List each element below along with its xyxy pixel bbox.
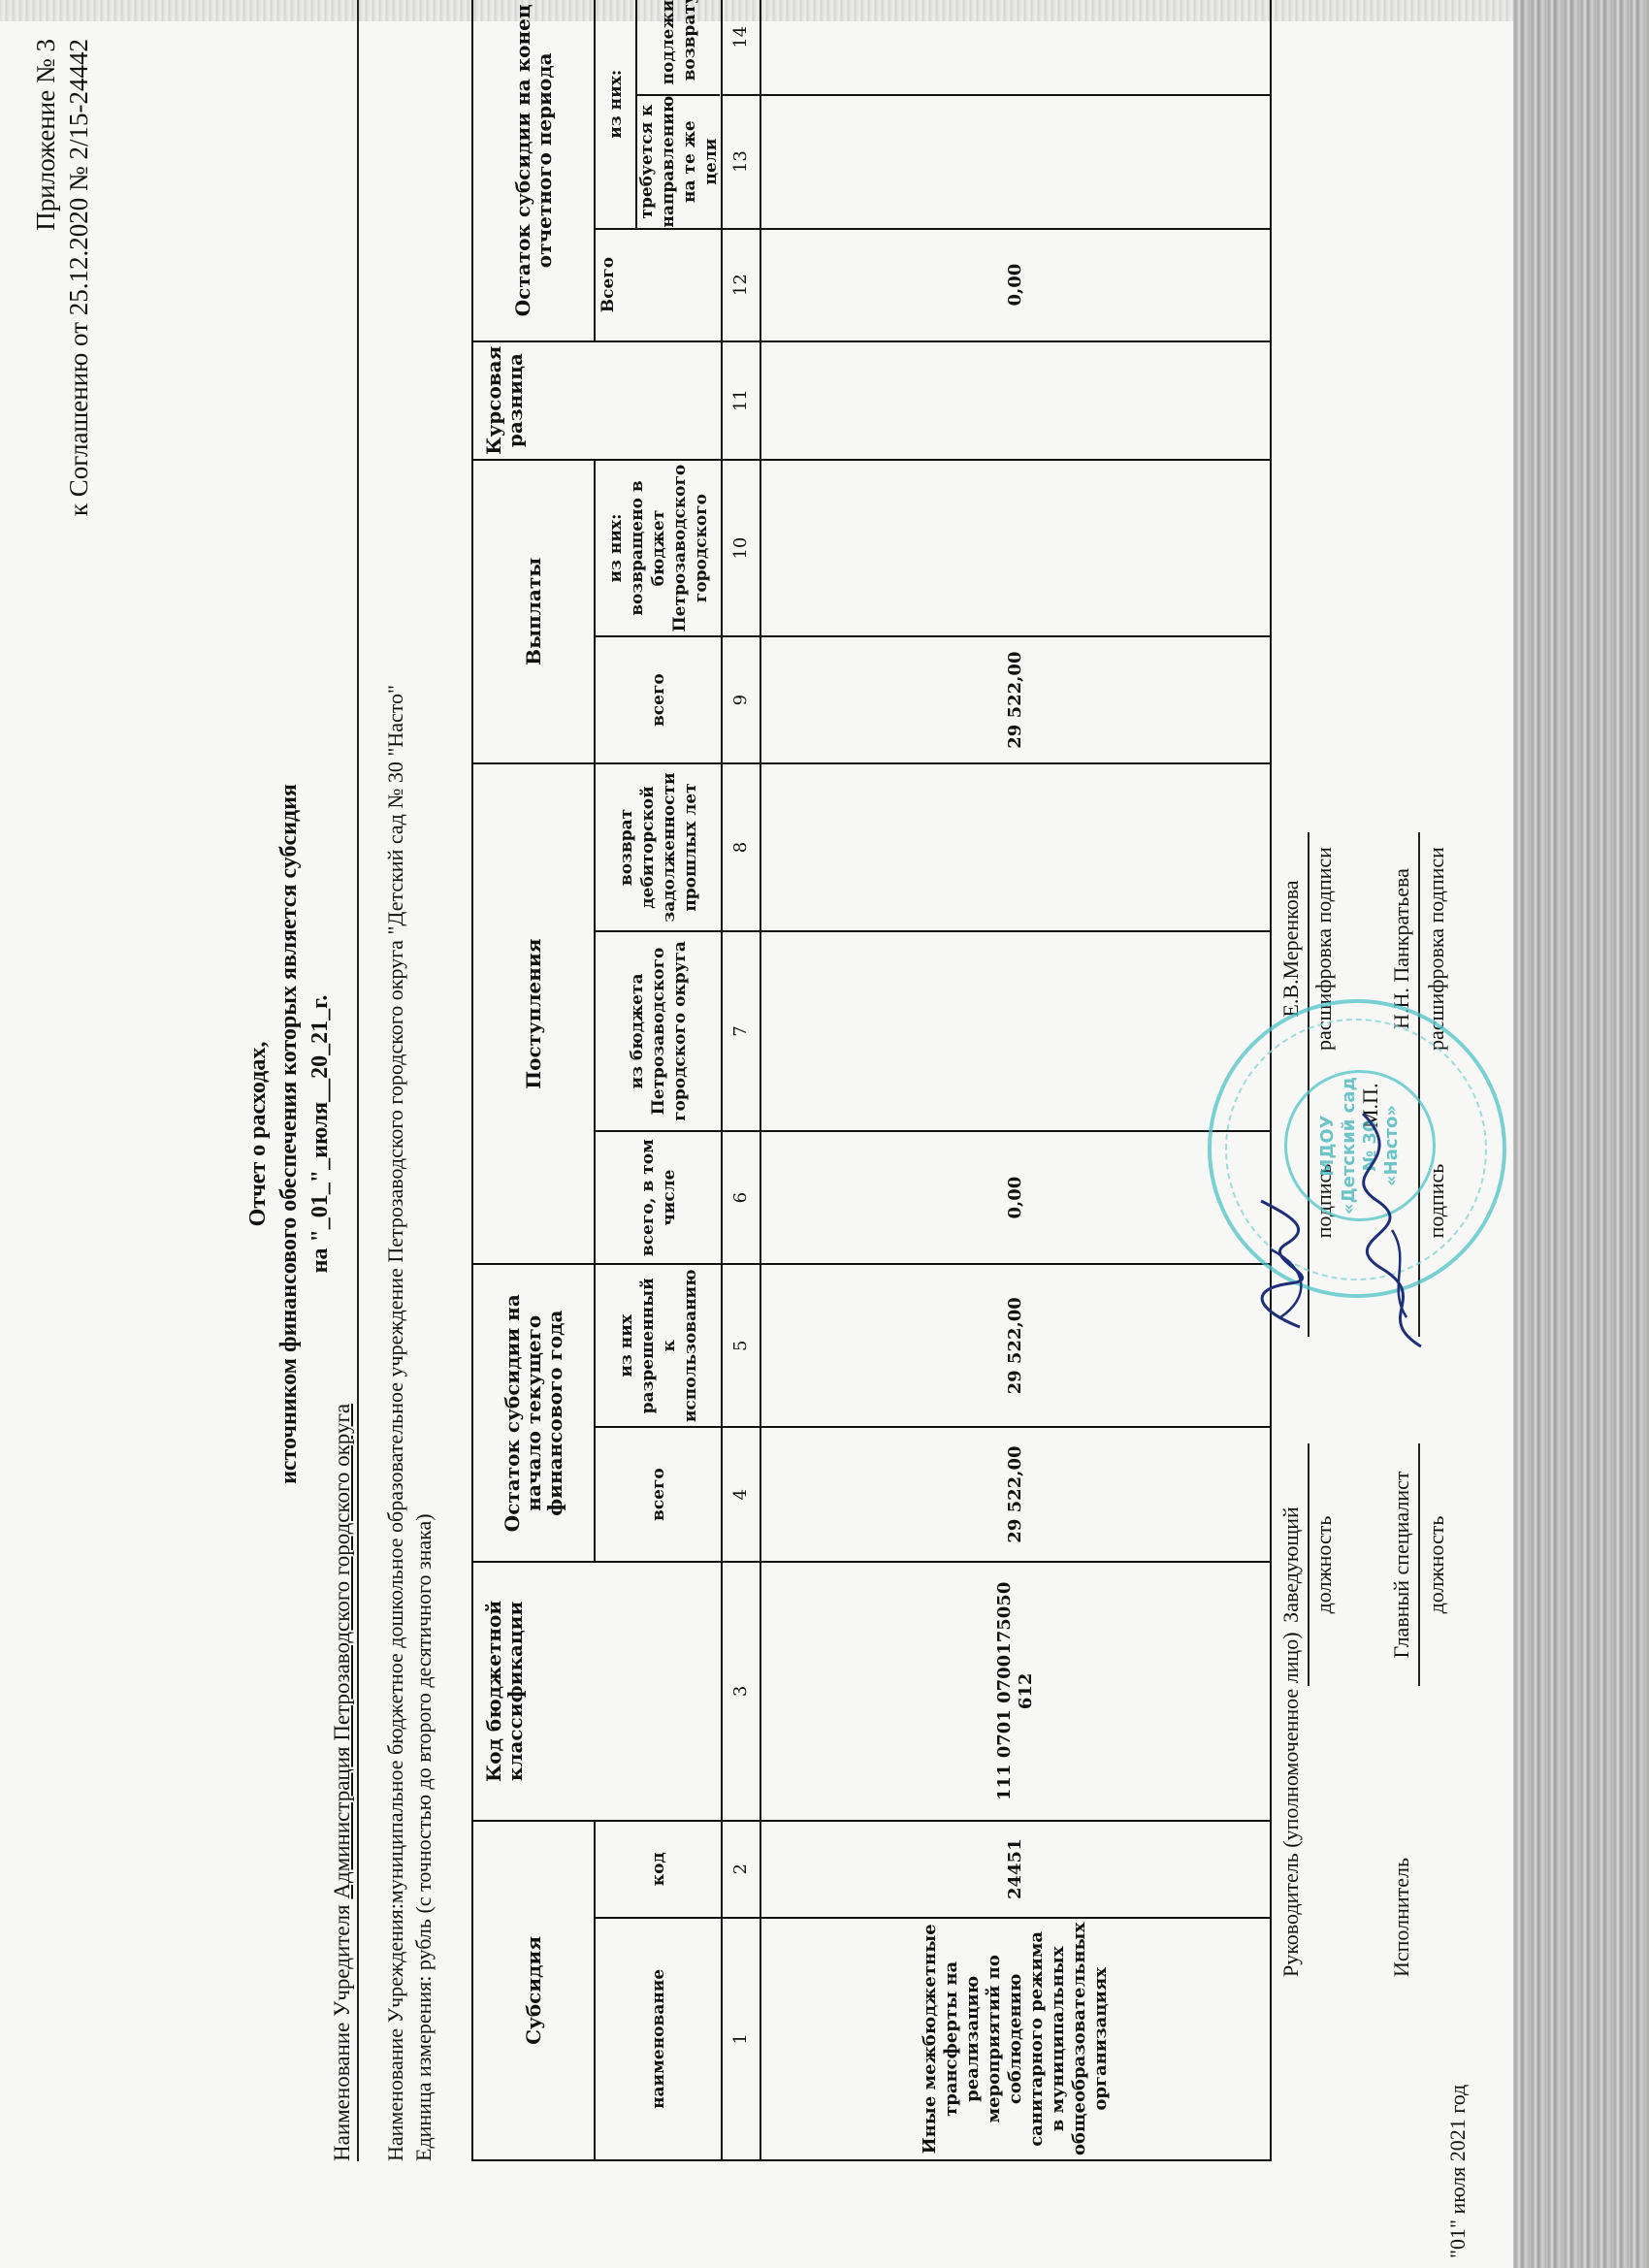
annex-header: Приложение № 3 к Соглашению от 25.12.202… [29, 39, 95, 516]
cell-budget-code: 111 0701 0700175050 612 [760, 1562, 1271, 1821]
header-end-total: Всего [595, 229, 722, 341]
column-number: 8 [722, 763, 760, 931]
header-start-total: всего [595, 1427, 722, 1562]
cell-receipts-total: 0,00 [760, 1131, 1271, 1265]
header-end-to-return: подлежит возврату [637, 0, 720, 94]
column-number: 7 [722, 931, 760, 1131]
executor-role-label: Исполнитель [1389, 1858, 1414, 1977]
header-payments-returned: из них: возвращено в бюджет Петрозаводск… [595, 460, 722, 637]
header-start-allowed: из них разрешенный к использованию [595, 1264, 722, 1427]
title-line-1: Отчет о расходах, [242, 0, 274, 2268]
cell-end-to-return [760, 0, 1271, 95]
executor-position: Главный специалист [1389, 1443, 1414, 1686]
column-number: 10 [722, 460, 760, 637]
header-exchange-diff: Курсовая разница [472, 341, 722, 460]
header-code: код [595, 1821, 722, 1918]
head-position: Заведующий [1278, 1443, 1304, 1686]
cell-receipts-from-budget [760, 931, 1271, 1131]
header-balance-start: Остаток субсидии на начало текущего фина… [472, 1264, 595, 1562]
header-row-sub: наименование код всего из них разрешенны… [595, 0, 722, 2160]
cell-exchange-diff [760, 341, 1271, 460]
executor-position-line [1418, 1443, 1420, 1686]
founder-label: Наименование Учредителя [330, 1899, 354, 2161]
institution-label: Наименование Учреждения: [383, 1903, 407, 2161]
cell-payments-total: 29 522,00 [760, 636, 1271, 762]
column-number: 9 [722, 636, 760, 762]
header-balance-end: Остаток субсидии на конец отчетного пери… [472, 0, 595, 341]
header-receipts-debt: возврат дебиторской задолженности прошлы… [595, 763, 722, 931]
column-number: 5 [722, 1264, 760, 1427]
cell-end-total: 0,00 [760, 229, 1271, 341]
column-number: 6 [722, 1131, 760, 1265]
column-number: 3 [722, 1562, 760, 1821]
cell-name: Иные межбюджетные трансферты на реализац… [760, 1918, 1271, 2160]
header-receipts-budget: из бюджета Петрозаводского городского ок… [595, 931, 722, 1131]
column-number: 11 [722, 341, 760, 460]
report-page: Приложение № 3 к Соглашению от 25.12.202… [0, 0, 1513, 2268]
cell-code: 24451 [760, 1821, 1271, 1918]
cell-end-same-goals [760, 95, 1271, 229]
cell-payments-returned [760, 460, 1271, 637]
executor-position-caption: должность [1424, 1443, 1449, 1686]
report-title: Отчет о расходах, источником финансового… [242, 0, 336, 2268]
column-number-row: 1234567891011121314 [722, 0, 760, 2160]
institution-line: Наименование Учреждения:муниципальное бю… [383, 685, 408, 2161]
header-budget-code: Код бюджетной классификации [472, 1562, 722, 1821]
report-table: Субсидия Код бюджетной классификации Ост… [471, 0, 1272, 2161]
unit-of-measure: Единица измерения: рубль (с точностью до… [411, 1513, 436, 2161]
header-receipts: Поступления [472, 763, 595, 1265]
column-number: 1 [722, 1918, 760, 2160]
founder-value: Администрация Петрозаводского городского… [330, 1404, 354, 1899]
title-line-2: источником финансового обеспечения котор… [274, 0, 305, 2268]
annex-reference: к Соглашению от 25.12.2020 № 2/15-24442 [62, 39, 95, 516]
column-number: 12 [722, 229, 760, 341]
header-row-groups: Субсидия Код бюджетной классификации Ост… [472, 0, 595, 2160]
head-position-caption: должность [1311, 1443, 1337, 1686]
scanner-edge-noise [1513, 0, 1649, 2268]
stamp-line: МДОУ [1317, 1115, 1339, 1176]
executor-signature-scribble [1353, 1104, 1440, 1356]
column-number: 4 [722, 1427, 760, 1562]
institution-value: муниципальное бюджетное дошкольное образ… [383, 685, 407, 1903]
annex-title: Приложение № 3 [29, 39, 62, 516]
header-of-them-label: из них: [597, 0, 637, 228]
head-signature-scribble [1242, 1182, 1319, 1337]
header-payments: Выплаты [472, 460, 595, 763]
header-name: наименование [595, 1918, 722, 2160]
cell-receipts-debt-return [760, 763, 1271, 931]
header-end-of-them: из них: требуется к направлению на те же… [595, 0, 722, 229]
table-row: Иные межбюджетные трансферты на реализац… [760, 0, 1271, 2160]
cell-start-allowed: 29 522,00 [760, 1264, 1271, 1427]
header-payments-total: всего [595, 636, 722, 762]
footer-date: "01" июля 2021 год [1445, 2085, 1471, 2258]
column-number: 14 [722, 0, 760, 95]
header-subsidy: Субсидия [472, 1821, 595, 2160]
header-end-same-goals: требуется к направлению на те же цели [637, 94, 720, 228]
column-number: 2 [722, 1821, 760, 1918]
head-position-line [1308, 1443, 1309, 1686]
column-number: 13 [722, 95, 760, 229]
cell-start-total: 29 522,00 [760, 1427, 1271, 1562]
header-receipts-total: всего, в том числе [595, 1131, 722, 1265]
founder-line: Наименование Учредителя Администрация Пе… [330, 0, 359, 2161]
